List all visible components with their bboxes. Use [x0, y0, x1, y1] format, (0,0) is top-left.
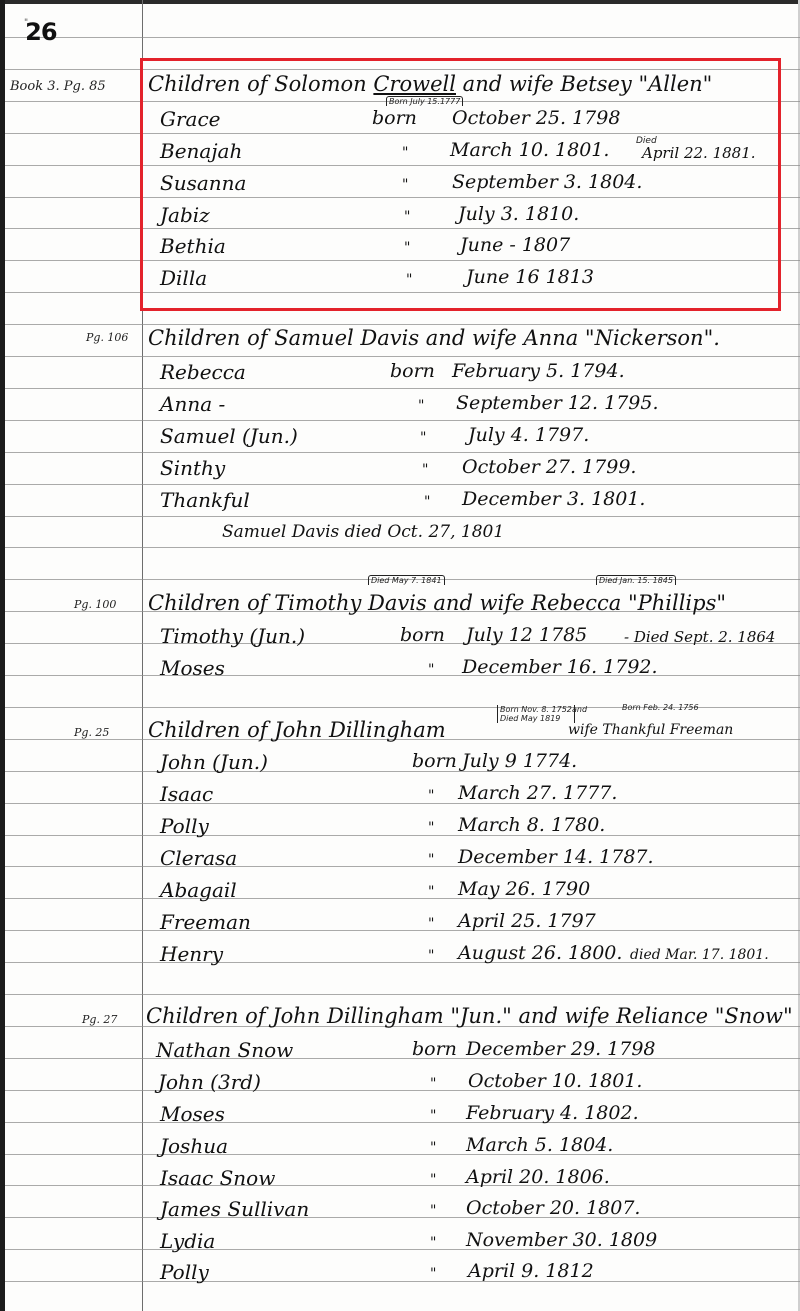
child-name: Rebecca: [160, 360, 246, 384]
birth-date: April 9. 1812: [468, 1260, 594, 1282]
born-label: born: [372, 107, 417, 129]
death-note: died Mar. 17. 1801.: [630, 947, 769, 963]
child-name: Clerasa: [160, 846, 237, 870]
child-name: Freeman: [160, 910, 251, 934]
born-label: born: [412, 1038, 457, 1060]
father-death-note: Died May 1819: [500, 714, 572, 723]
birth-date: March 27. 1777.: [458, 782, 617, 804]
ditto-mark: ": [428, 852, 434, 868]
birth-date: September 3. 1804.: [452, 171, 642, 193]
ruled-line: [5, 484, 800, 485]
ditto-mark: ": [428, 916, 434, 932]
ruled-line: [5, 1217, 800, 1218]
ruled-line: [5, 1154, 800, 1155]
birth-date: June - 1807: [460, 234, 570, 256]
ditto-mark: ": [418, 398, 424, 414]
birth-date: February 5. 1794.: [452, 360, 625, 382]
family-heading: Children of Samuel Davis and wife Anna "…: [148, 326, 720, 350]
ruled-line: [5, 547, 800, 548]
child-name: Abagail: [160, 878, 237, 902]
child-name: John (3rd): [158, 1070, 261, 1094]
father-death-note: Died May 7. 1841: [368, 575, 445, 585]
child-name: Sinthy: [160, 456, 225, 480]
ditto-mark: ": [424, 494, 430, 510]
ditto-mark: ": [402, 145, 408, 161]
father-birth-note: Born Nov. 8. 1752: [500, 705, 572, 714]
ditto-mark: ": [430, 1140, 436, 1156]
ditto-mark: ": [428, 820, 434, 836]
child-name: Nathan Snow: [156, 1038, 293, 1062]
ruled-line: [5, 133, 800, 134]
ditto-mark: ": [430, 1108, 436, 1124]
ditto-mark: ": [404, 240, 410, 256]
ditto-mark: ": [428, 662, 434, 678]
child-name: John (Jun.): [160, 750, 268, 774]
child-name: Thankful: [160, 488, 250, 512]
ruled-line: [5, 452, 800, 453]
family-heading: Children of Solomon Crowell and wife Bet…: [148, 72, 712, 96]
page-reference: Pg. 27: [82, 1013, 117, 1026]
child-name: Polly: [160, 1260, 209, 1284]
ruled-line: [5, 1249, 800, 1250]
ditto-mark: ": [430, 1172, 436, 1188]
ditto-mark: ": [406, 272, 412, 288]
ruled-line: [5, 994, 800, 995]
ditto-mark: ": [430, 1235, 436, 1251]
child-name: Joshua: [160, 1134, 228, 1158]
child-name: Timothy (Jun.): [160, 624, 305, 648]
ledger-page: "26 Book 3. Pg. 85 Children of Solomon C…: [0, 0, 800, 1311]
heading-suffix: and wife Betsey "Allen": [463, 72, 713, 96]
ruled-line: [5, 771, 800, 772]
ruled-line: [5, 228, 800, 229]
child-name: Lydia: [160, 1229, 215, 1253]
family-heading: Children of Timothy Davis and wife Rebec…: [148, 591, 726, 615]
birth-date: July 9 1774.: [462, 750, 577, 772]
child-name: Isaac: [160, 782, 213, 806]
ditto-mark: ": [430, 1203, 436, 1219]
mother-death-note: Died Jan. 15. 1845: [596, 575, 676, 585]
birth-date: October 10. 1801.: [468, 1070, 642, 1092]
child-name: Anna -: [160, 392, 225, 416]
ditto-mark: ": [402, 177, 408, 193]
child-name: Grace: [160, 107, 221, 131]
ditto-mark: ": [428, 884, 434, 900]
child-name: Moses: [160, 1102, 225, 1126]
birth-date: September 12. 1795.: [456, 392, 659, 414]
father-life-note: Born Nov. 8. 1752 Died May 1819: [497, 705, 575, 723]
ruled-line: [5, 69, 800, 70]
ruled-line: [5, 516, 800, 517]
mother-birth-note: Born Feb. 24. 1756: [622, 703, 699, 712]
born-label: born: [412, 750, 457, 772]
child-name: Dilla: [160, 266, 207, 290]
ruled-line: [5, 324, 800, 325]
birth-date: June 16 1813: [466, 266, 594, 288]
father-birth-note: Born July 15.1777: [386, 96, 463, 106]
birth-date: March 10. 1801.: [450, 139, 609, 161]
ruled-line: [5, 356, 800, 357]
child-name: James Sullivan: [160, 1197, 309, 1221]
page-top-edge: [0, 0, 800, 4]
ruled-line: [5, 260, 800, 261]
ruled-line: [5, 835, 800, 836]
birth-date: October 20. 1807.: [466, 1197, 640, 1219]
birth-date: July 4. 1797.: [468, 424, 589, 446]
birth-date: February 4. 1802.: [466, 1102, 639, 1124]
ruled-line: [5, 898, 800, 899]
ruled-line: [5, 1281, 800, 1282]
child-name: Bethia: [160, 234, 226, 258]
birth-date: December 3. 1801.: [462, 488, 645, 510]
ruled-line: [5, 866, 800, 867]
ditto-mark: ": [430, 1076, 436, 1092]
and-label: and: [572, 705, 587, 714]
ruled-line: [5, 1122, 800, 1123]
family-heading: Children of John Dillingham "Jun." and w…: [146, 1004, 793, 1028]
book-page-reference: Book 3. Pg. 85: [10, 79, 106, 94]
child-name: Henry: [160, 942, 223, 966]
family-heading: Children of John Dillingham: [148, 718, 446, 742]
death-footnote: Samuel Davis died Oct. 27, 1801: [222, 522, 504, 542]
ruled-line: [5, 165, 800, 166]
birth-date: November 30. 1809: [466, 1229, 657, 1251]
ditto-mark: ": [420, 430, 426, 446]
page-reference: Pg. 106: [86, 331, 128, 344]
ruled-line: [5, 420, 800, 421]
child-name: Susanna: [160, 171, 246, 195]
ditto-mark: ": [422, 462, 428, 478]
birth-date: March 8. 1780.: [458, 814, 605, 836]
child-name: Benajah: [160, 139, 242, 163]
birth-date: December 16. 1792.: [462, 656, 658, 678]
birth-date: October 27. 1799.: [462, 456, 636, 478]
death-note: - Died Sept. 2. 1864: [624, 628, 775, 646]
ruled-line: [5, 1058, 800, 1059]
child-name: Isaac Snow: [160, 1166, 275, 1190]
ruled-line: [5, 675, 800, 676]
page-reference: Pg. 100: [74, 598, 116, 611]
ruled-line: [5, 197, 800, 198]
ruled-line: [5, 930, 800, 931]
birth-date: December 29. 1798: [466, 1038, 656, 1060]
child-name: Polly: [160, 814, 209, 838]
ruled-line: [5, 1185, 800, 1186]
ruled-line: [5, 803, 800, 804]
birth-date: March 5. 1804.: [466, 1134, 613, 1156]
heading-prefix: Children of Solomon: [148, 72, 367, 96]
birth-date: April 20. 1806.: [466, 1166, 610, 1188]
ruled-line: [5, 37, 800, 38]
mother-name: wife Thankful Freeman: [568, 722, 733, 738]
birth-date: July 3. 1810.: [458, 203, 579, 225]
ditto-mark: ": [430, 1266, 436, 1282]
ruled-line: [5, 292, 800, 293]
child-name: Moses: [160, 656, 225, 680]
ditto-mark: ": [404, 209, 410, 225]
birth-date: December 14. 1787.: [458, 846, 654, 868]
ruled-line: [5, 388, 800, 389]
child-name: Samuel (Jun.): [160, 424, 298, 448]
birth-date: July 12 1785: [466, 624, 587, 646]
born-label: born: [390, 360, 435, 382]
birth-date: April 25. 1797: [458, 910, 596, 932]
father-surname: Crowell: [373, 72, 456, 96]
ruled-line: [5, 1090, 800, 1091]
born-label: born: [400, 624, 445, 646]
ditto-mark: ": [428, 788, 434, 804]
birth-date: October 25. 1798: [452, 107, 620, 129]
birth-date: August 26. 1800.: [458, 942, 622, 964]
ditto-mark: ": [428, 948, 434, 964]
child-name: Jabiz: [160, 203, 210, 227]
page-reference: Pg. 25: [74, 726, 109, 739]
page-number: "26: [24, 18, 57, 46]
death-date: April 22. 1881.: [642, 144, 756, 162]
birth-date: May 26. 1790: [458, 878, 590, 900]
